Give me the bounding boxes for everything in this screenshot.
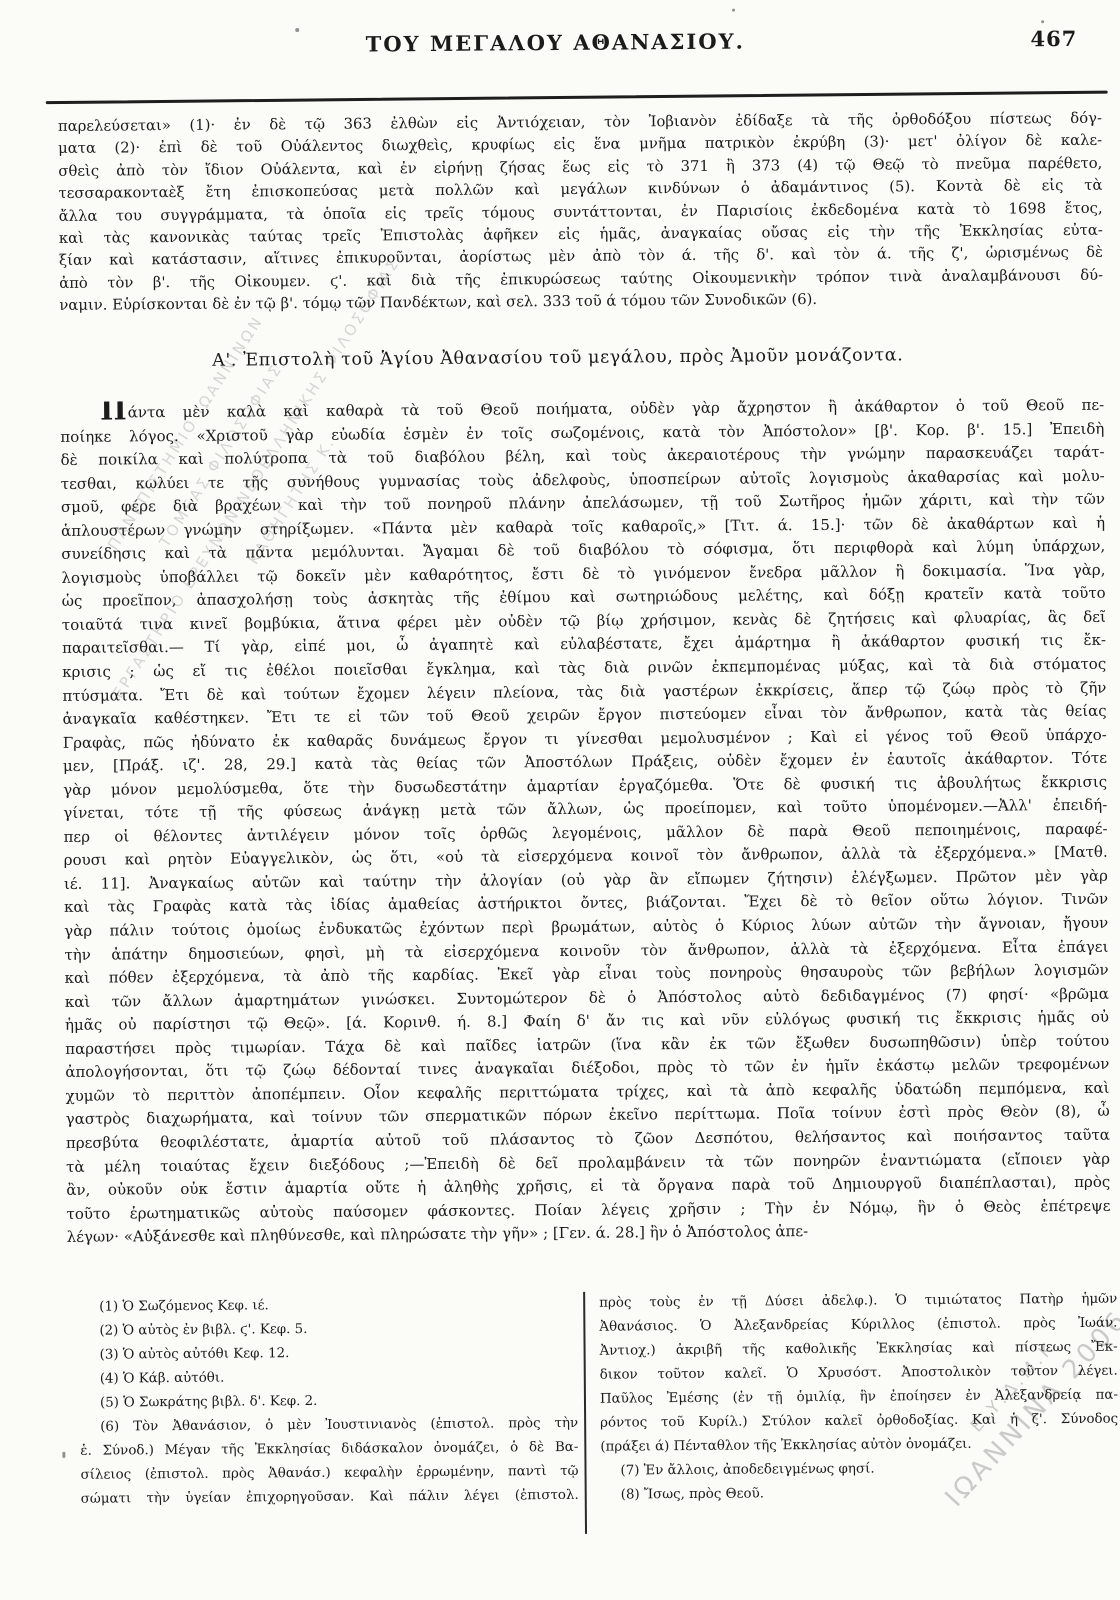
- scan-speck: [295, 28, 299, 32]
- footnote-line: σώματι τὴν ὑγείαν ἐπιχορηγοῦσαν. Καὶ πάλ…: [81, 1484, 579, 1512]
- scanned-book-page: ΠΑΝΕΠΙΣΤΗΜΙΟ ΙΩΑΝΝΙΝΩΝ ΤΟΜΕΑΣ ΦΙΛΟΣΟΦΙΑΣ…: [0, 0, 1120, 1600]
- scan-speck: [1041, 20, 1044, 23]
- scan-speck: [62, 1452, 65, 1458]
- footnote-column-left: (1) Ὁ Σωζόμενος Κεφ. ιέ. (2) Ὁ αὐτὸς ἐν …: [79, 1292, 579, 1538]
- scan-speck: [732, 9, 735, 12]
- section-heading: Α'. Ἐπιστολὴ τοῦ Ἁγίου Ἀθανασίου τοῦ μεγ…: [0, 344, 1118, 373]
- header-rule: [46, 91, 1108, 105]
- footnotes-section: (1) Ὁ Σωζόμενος Κεφ. ιέ. (2) Ὁ αὐτὸς ἐν …: [79, 1288, 1119, 1538]
- first-line-text: άντα μὲν καλὰ καὶ καθαρὰ τὰ τοῦ Θεοῦ ποι…: [128, 396, 1105, 422]
- body-paragraph: Πάντα μὲν καλὰ καὶ καθαρὰ τὰ τοῦ Θεοῦ πο…: [60, 394, 1111, 1250]
- footnote-line: ρόντος τοῦ Κυρίλ.) Στύλον καλεῖ ὀρθοδοξί…: [600, 1408, 1118, 1436]
- footnote-column-right: πρὸς τοὺς ἐν τῇ Δύσει ἀδελφ.). Ὁ τιμιώτα…: [599, 1288, 1119, 1534]
- footnote-column-divider: [583, 1292, 587, 1534]
- page-content: ΠΑΝΕΠΙΣΤΗΜΙΟ ΙΩΑΝΝΙΝΩΝ ΤΟΜΕΑΣ ΦΙΛΟΣΟΦΙΑΣ…: [0, 0, 1120, 1600]
- footnote-line: (8) Ἴσως, πρὸς Θεοῦ.: [601, 1480, 1119, 1508]
- intro-paragraph: παρελεύσεται» (1)· ἐν δὲ τῷ 363 ἐλθὼν εἰ…: [58, 108, 1104, 318]
- page-number: 467: [1030, 26, 1077, 51]
- page-header-title: ΤΟΥ ΜΕΓΑΛΟΥ ΑΘΑΝΑΣΙΟΥ.: [0, 26, 1115, 60]
- drop-cap-initial: Π: [100, 394, 128, 426]
